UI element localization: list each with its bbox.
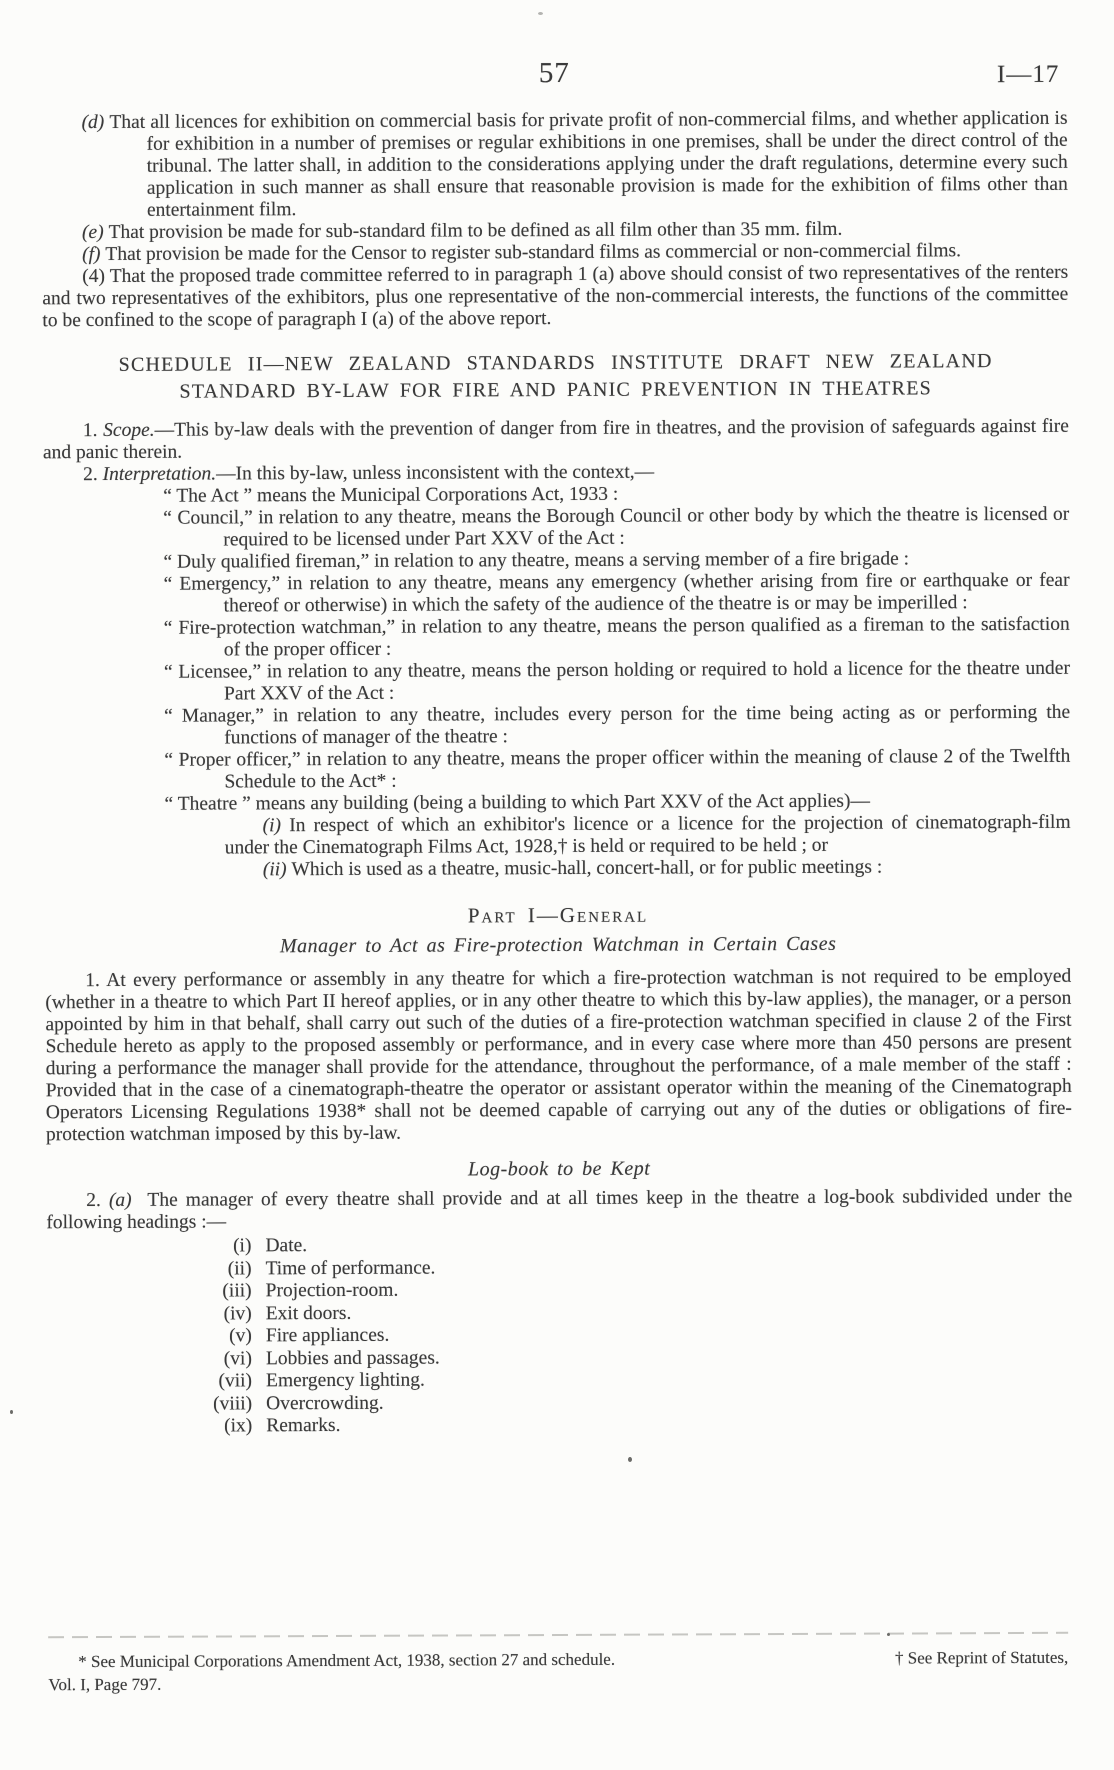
logbook-item-marker: (iii): [47, 1280, 252, 1303]
logbook-item-label: Projection-room.: [266, 1280, 399, 1303]
scope-paragraph: 1. Scope.—This by-law deals with the pre…: [43, 416, 1069, 464]
report-clause-4: (4) That the proposed trade committee re…: [42, 262, 1068, 332]
item-text-f: That provision be made for the Censor to…: [105, 240, 961, 265]
logbook-item-marker: (viii): [47, 1393, 252, 1416]
subitem-text-ii: Which is used as a theatre, music-hall, …: [291, 857, 882, 881]
logbook-item-label: Remarks.: [266, 1415, 340, 1438]
subitem-text-i: In respect of which an exhibitor's licen…: [225, 812, 1071, 859]
logbook-item-marker: (v): [47, 1325, 252, 1348]
report-item-d: (d)That all licences for exhibition on c…: [41, 108, 1067, 222]
scope-number: 1.: [83, 420, 103, 441]
definition-fire-protection-watchman: “ Fire-protection watchman,” in relation…: [44, 614, 1070, 662]
item-marker-d: (d): [81, 112, 109, 133]
interpretation-text: —In this by-law, unless inconsistent wit…: [216, 462, 654, 485]
theatre-subitem-ii: (ii)Which is used as a theatre, music-ha…: [45, 856, 1071, 882]
theatre-subitem-i: (i)In respect of which an exhibitor's li…: [45, 812, 1071, 860]
logbook-item-label: Exit doors.: [266, 1302, 352, 1325]
logbook-item-marker: (i): [46, 1235, 251, 1258]
logbook-item-marker: (ii): [46, 1258, 251, 1281]
footnote-continuation: Vol. I, Page 797.: [48, 1669, 1068, 1696]
page-header: 57 I—17: [41, 56, 1067, 112]
item-marker-e: (e): [82, 222, 109, 243]
logbook-item-label: Overcrowding.: [266, 1392, 384, 1415]
page-content: 57 I—17 (d)That all licences for exhibit…: [41, 56, 1074, 1770]
definition-licensee: “ Licensee,” in relation to any theatre,…: [44, 658, 1070, 706]
footnote-block: * See Municipal Corporations Amendment A…: [48, 1632, 1068, 1696]
interpretation-number: 2.: [83, 464, 103, 485]
scan-speck: [538, 12, 543, 15]
clause-2a-marker: (a): [109, 1190, 140, 1211]
logbook-item: (ix)Remarks.: [47, 1412, 1073, 1439]
logbook-item-marker: (iv): [47, 1303, 252, 1326]
clause-2a-text: The manager of every theatre shall provi…: [46, 1186, 1072, 1233]
footnote-rule: [48, 1632, 1068, 1638]
scan-speck: [887, 1633, 890, 1636]
item-text-d: That all licences for exhibition on comm…: [109, 108, 1067, 221]
definition-manager: “ Manager,” in relation to any theatre, …: [44, 702, 1070, 750]
schedule-heading: SCHEDULE II—NEW ZEALAND STANDARDS INSTIT…: [43, 348, 1069, 406]
footnote-dagger: † See Reprint of Statutes,: [895, 1646, 1068, 1670]
scope-text: —This by-law deals with the prevention o…: [43, 416, 1069, 463]
logbook-heading: Log-book to be Kept: [46, 1154, 1072, 1184]
interpretation-term: Interpretation.: [103, 463, 217, 484]
footnote-asterisk: * See Municipal Corporations Amendment A…: [48, 1648, 615, 1673]
clause-1-paragraph: 1. At every performance or assembly in a…: [45, 966, 1072, 1146]
schedule-heading-line2: STANDARD BY-LAW FOR FIRE AND PANIC PREVE…: [43, 375, 1069, 406]
clause-2a-number: 2.: [86, 1190, 109, 1211]
clause-2a-paragraph: 2. (a) The manager of every theatre shal…: [46, 1186, 1072, 1234]
definition-council: “ Council,” in relation to any theatre, …: [43, 504, 1069, 552]
item-text-e: That provision be made for sub-standard …: [109, 219, 843, 243]
logbook-item-marker: (vi): [47, 1348, 252, 1371]
page-number: 57: [41, 60, 1067, 86]
subitem-marker-i: (i): [263, 815, 290, 836]
item-marker-f: (f): [82, 244, 105, 265]
scan-speck: [10, 1410, 13, 1414]
logbook-item-marker: (ix): [47, 1415, 252, 1438]
logbook-item-marker: (vii): [47, 1370, 252, 1393]
subitem-marker-ii: (ii): [263, 859, 292, 880]
definition-proper-officer: “ Proper officer,” in relation to any th…: [44, 746, 1070, 794]
definition-emergency: “ Emergency,” in relation to any theatre…: [44, 570, 1070, 618]
logbook-item-label: Fire appliances.: [266, 1325, 390, 1348]
part1-heading: Part I—General: [45, 900, 1071, 930]
logbook-item-label: Emergency lighting.: [266, 1370, 425, 1393]
logbook-item-label: Date.: [265, 1235, 307, 1258]
part1-subheading: Manager to Act as Fire-protection Watchm…: [45, 930, 1071, 960]
logbook-item-label: Time of performance.: [265, 1257, 435, 1280]
scope-term: Scope.: [103, 420, 155, 441]
scanned-document-page: 57 I—17 (d)That all licences for exhibit…: [0, 0, 1114, 1770]
scan-speck: [628, 1457, 632, 1462]
paper-reference: I—17: [997, 64, 1059, 86]
logbook-headings-list: (i)Date. (ii)Time of performance. (iii)P…: [46, 1232, 1073, 1439]
logbook-item-label: Lobbies and passages.: [266, 1347, 440, 1370]
